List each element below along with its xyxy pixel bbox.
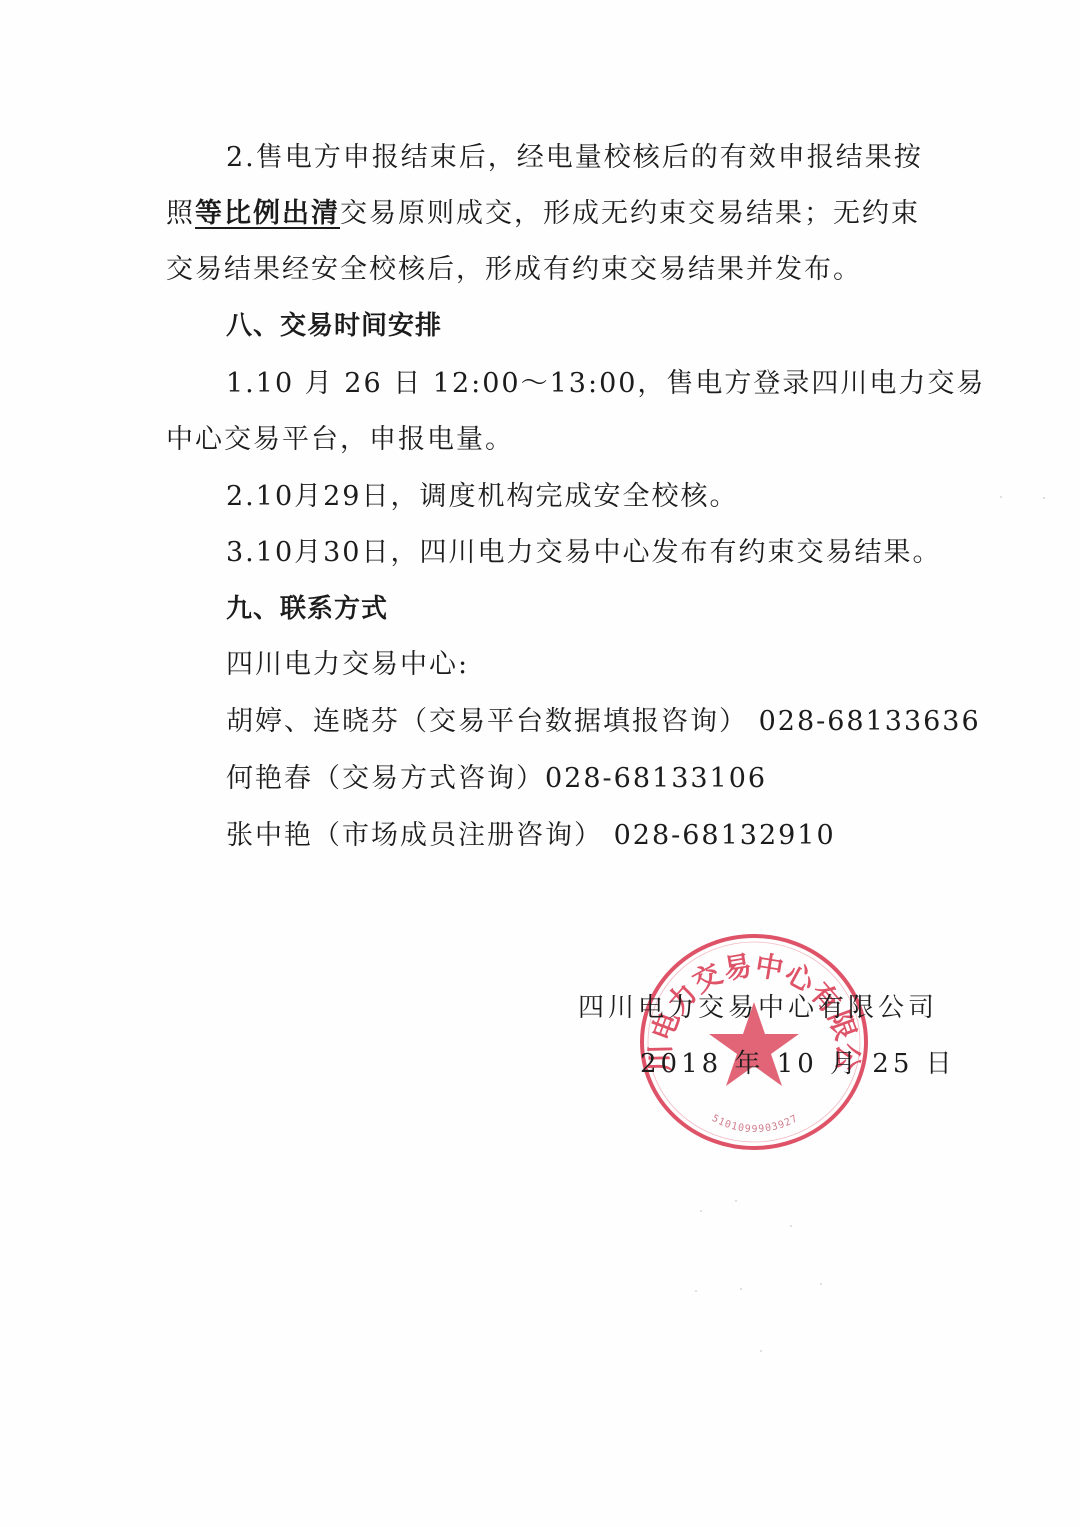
scan-artifact (1000, 496, 1002, 498)
scan-artifact (790, 1225, 792, 1227)
paragraph-line: 2.售电方申报结束后，经电量校核后的有效申报结果按 (226, 141, 982, 175)
svg-text:5101099903927: 5101099903927 (710, 1113, 800, 1135)
text-span: 交易原则成交，形成无约束交易结果；无约束 (340, 198, 920, 229)
text-span: 照 (166, 198, 195, 229)
scan-artifact (1043, 497, 1045, 499)
paragraph-line: 照等比例出清交易原则成交，形成无约束交易结果；无约束 (166, 197, 922, 231)
contact-entry: 胡婷、连晓芬（交易平台数据填报咨询） 028-68133636 (226, 705, 982, 739)
contact-entry: 张中艳（市场成员注册咨询） 028-68132910 (226, 819, 982, 853)
scan-artifact (700, 1210, 702, 1212)
paragraph-line: 交易结果经安全校核后，形成有约束交易结果并发布。 (166, 253, 922, 287)
section-heading: 九、联系方式 (226, 592, 982, 626)
signature-date: 2018 年 10 月 25 日 (640, 1043, 956, 1080)
contact-entry: 何艳春（交易方式咨询）028-68133106 (226, 762, 982, 796)
emphasized-term: 等比例出清 (195, 198, 340, 229)
official-seal-icon: 四川电力交易中心有限公司 5101099903927 (636, 930, 872, 1154)
scan-artifact (760, 1350, 762, 1352)
schedule-item: 2.10月29日，调度机构完成安全校核。 (226, 480, 982, 514)
scan-artifact (695, 1290, 697, 1292)
scan-artifact (820, 1283, 822, 1285)
schedule-item-continued: 中心交易平台，申报电量。 (166, 423, 922, 457)
section-heading: 八、交易时间安排 (226, 309, 982, 343)
signature-company: 四川电力交易中心有限公司 (578, 987, 938, 1024)
scan-artifact (735, 1200, 737, 1202)
document-page: 2.售电方申报结束后，经电量校核后的有效申报结果按 照等比例出清交易原则成交，形… (0, 0, 1080, 1527)
contact-org: 四川电力交易中心: (226, 648, 982, 682)
scan-artifact (740, 1288, 742, 1290)
schedule-item: 1.10 月 26 日 12:00～13:00，售电方登录四川电力交易 (226, 367, 982, 401)
schedule-item: 3.10月30日，四川电力交易中心发布有约束交易结果。 (226, 536, 982, 570)
